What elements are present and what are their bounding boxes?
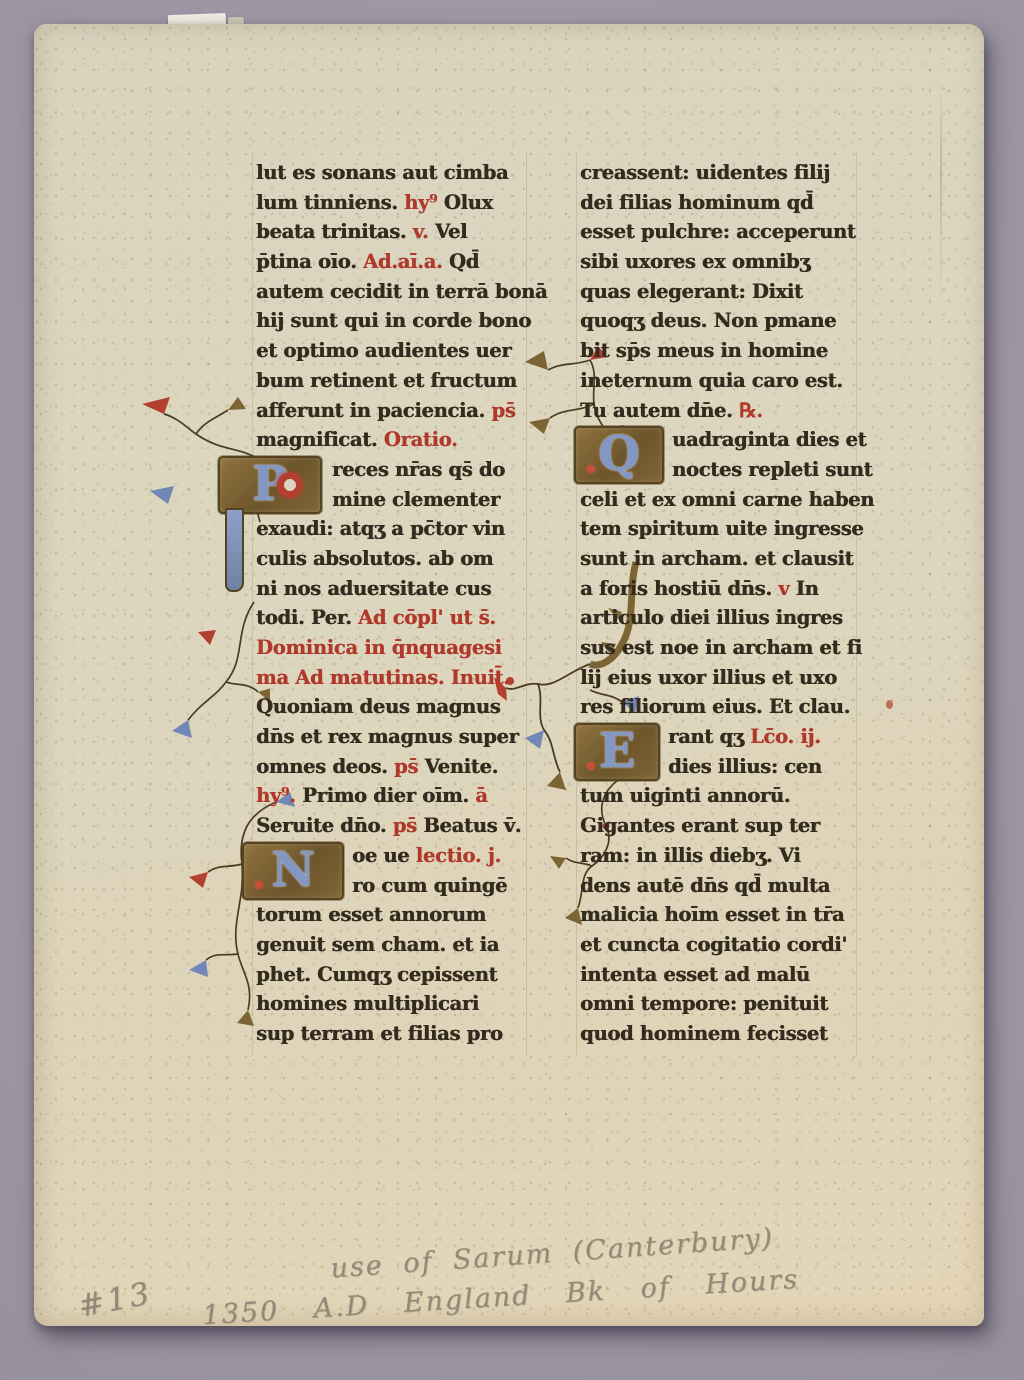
- body-text: intenta esset ad malū: [580, 963, 810, 986]
- illuminated-initial-p: P: [218, 456, 322, 514]
- body-text: ni nos aduersitate cus: [256, 577, 491, 600]
- vine-leaf-gold: [550, 856, 566, 869]
- body-text: todi. Per.: [256, 606, 358, 629]
- ruling-line: [252, 152, 253, 1056]
- body-text: dei filias hominum qd̄: [580, 191, 813, 214]
- body-text: autem cecidit in terrā bonā: [256, 280, 547, 303]
- body-text: hij sunt qui in corde bono: [256, 309, 531, 332]
- vine-leaf-gold: [529, 418, 550, 434]
- manuscript-text-line: et cuncta cogitatio cordi': [580, 930, 858, 960]
- manuscript-text-line: dei filias hominum qd̄: [580, 188, 858, 218]
- manuscript-text-line: p̄tina oīo. Ad.aī.a. Qd̄: [256, 247, 524, 277]
- rubric-text: ps̄: [394, 755, 425, 778]
- manuscript-text-line: omni tempore: penituit: [580, 989, 858, 1019]
- manuscript-text-line: quoqʒ deus. Non pmane: [580, 306, 858, 336]
- body-text: quas elegerant: Dixit: [580, 280, 803, 303]
- rubric-text: Oratio.: [384, 428, 458, 451]
- vine-leaf-blue: [172, 720, 192, 738]
- body-text: ram: in illis diebʒ. Vi: [580, 844, 800, 867]
- manuscript-text-line: lij eius uxor illius et uxo: [580, 663, 858, 693]
- vine-leaf-gold: [228, 397, 246, 410]
- manuscript-text-line: hy⁹. Primo dier oīm. ā: [256, 781, 524, 811]
- body-text: dens autē dn̄s qd̄ multa: [580, 874, 830, 897]
- manuscript-text-line: Noe ue lectio. j.: [256, 841, 524, 871]
- photo-mat: lut es sonans aut cimbalum tinniens. hy⁹…: [0, 0, 1024, 1380]
- manuscript-text-line: creassent: uidentes filij: [580, 158, 858, 188]
- manuscript-text-line: tum uiginti annorū.: [580, 781, 858, 811]
- rubric-text: lectio. j.: [416, 844, 501, 867]
- body-text: lum tinniens.: [256, 191, 404, 214]
- manuscript-text-line: genuit sem cham. et ia: [256, 930, 524, 960]
- body-text: ro cum quingē: [352, 874, 507, 897]
- body-text: noctes repleti sunt: [672, 458, 872, 481]
- manuscript-text-line: phet. Cumqʒ cepissent: [256, 960, 524, 990]
- rubric-text: ps̄: [491, 399, 515, 422]
- manuscript-text-line: esset pulchre: acceperunt: [580, 217, 858, 247]
- manuscript-text-line: sup terram et filias pro: [256, 1019, 524, 1049]
- ruling-line: [576, 152, 577, 1056]
- manuscript-text-line: bum retinent et fructum: [256, 366, 524, 396]
- body-text: Quoniam deus magnus: [256, 695, 500, 718]
- text-column-left: lut es sonans aut cimbalum tinniens. hy⁹…: [256, 158, 524, 1049]
- body-text: beata trinitas.: [256, 220, 413, 243]
- manuscript-text-line: sibi uxores ex omnibʒ: [580, 247, 858, 277]
- vine-leaf-gold: [525, 351, 548, 370]
- body-text: quod hominem fecisset: [580, 1022, 828, 1045]
- body-text: articulo diei illius ingres: [580, 606, 843, 629]
- body-text: phet. Cumqʒ cepissent: [256, 963, 497, 986]
- body-text: omni tempore: penituit: [580, 992, 828, 1015]
- manuscript-text-line: culis absolutos. ab om: [256, 544, 524, 574]
- illuminated-initial-n: N: [242, 842, 344, 900]
- manuscript-text-line: Quadraginta dies et: [580, 425, 858, 455]
- body-text: res filiorum eius. Et clau.: [580, 695, 850, 718]
- body-text: sus est noe in archam et fi: [580, 636, 862, 659]
- rubric-text: v.: [413, 220, 435, 243]
- body-text: sup terram et filias pro: [256, 1022, 503, 1045]
- manuscript-text-line: celi et ex omni carne haben: [580, 485, 858, 515]
- rubric-text: Lc̄o. ij.: [750, 725, 821, 748]
- rubric-text: Dominica in q̄nquagesi: [256, 636, 502, 659]
- body-text: homines multiplicari: [256, 992, 479, 1015]
- manuscript-text-line: sus est noe in archam et fi: [580, 633, 858, 663]
- manuscript-text-line: intenta esset ad malū: [580, 960, 858, 990]
- rubric-text: ā: [475, 784, 487, 807]
- body-text: Gigantes erant sup ter: [580, 814, 820, 837]
- manuscript-text-line: sunt in archam. et clausit: [580, 544, 858, 574]
- body-text: In: [796, 577, 819, 600]
- body-text: Seruite dn̄o.: [256, 814, 393, 837]
- body-text: dn̄s et rex magnus super: [256, 725, 518, 748]
- body-text: magnificat.: [256, 428, 384, 451]
- body-text: tem spiritum uite ingresse: [580, 517, 863, 540]
- body-text: celi et ex omni carne haben: [580, 488, 874, 511]
- body-text: malicia hoīm esset in tr̄a: [580, 903, 844, 926]
- manuscript-text-line: dn̄s et rex magnus super: [256, 722, 524, 752]
- body-text: Beatus v̄.: [423, 814, 521, 837]
- body-text: torum esset annorum: [256, 903, 486, 926]
- pencil-annotation-date: 1350 A.D England Bk of Hours: [202, 1264, 800, 1331]
- manuscript-text-line: autem cecidit in terrā bonā: [256, 277, 524, 307]
- manuscript-text-line: Dominica in q̄nquagesi: [256, 633, 524, 663]
- manuscript-text-line: bit sp̄s meus in homine: [580, 336, 858, 366]
- manuscript-text-line: dens autē dn̄s qd̄ multa: [580, 871, 858, 901]
- body-text: dies illius: cen: [668, 755, 822, 778]
- vine-leaf-gold: [547, 772, 566, 790]
- body-text: Primo dier oīm.: [302, 784, 475, 807]
- manuscript-text-line: lut es sonans aut cimba: [256, 158, 524, 188]
- manuscript-text-line: ni nos aduersitate cus: [256, 574, 524, 604]
- rubric-text: ℞.: [739, 399, 763, 422]
- manuscript-text-line: Gigantes erant sup ter: [580, 811, 858, 841]
- manuscript-text-line: torum esset annorum: [256, 900, 524, 930]
- body-text: esset pulchre: acceperunt: [580, 220, 855, 243]
- manuscript-text-line: Seruite dn̄o. ps̄ Beatus v̄.: [256, 811, 524, 841]
- manuscript-text-line: articulo diei illius ingres: [580, 603, 858, 633]
- manuscript-text-line: omnes deos. ps̄ Venite.: [256, 752, 524, 782]
- manuscript-text-line: ram: in illis diebʒ. Vi: [580, 841, 858, 871]
- rubric-text: ps̄: [393, 814, 424, 837]
- manuscript-text-line: tem spiritum uite ingresse: [580, 514, 858, 544]
- body-text: p̄tina oīo.: [256, 250, 363, 273]
- body-text: Olux: [444, 191, 493, 214]
- body-text: creassent: uidentes filij: [580, 161, 830, 184]
- manuscript-text-line: quas elegerant: Dixit: [580, 277, 858, 307]
- manuscript-text-line: malicia hoīm esset in tr̄a: [580, 900, 858, 930]
- red-paint-speck: [886, 700, 893, 709]
- body-text: tum uiginti annorū.: [580, 784, 790, 807]
- rubric-text: v: [778, 577, 796, 600]
- body-text: rant qʒ: [668, 725, 750, 748]
- manuscript-text-line: magnificat. Oratio.: [256, 425, 524, 455]
- rubric-text: hy⁹: [404, 191, 444, 214]
- body-text: et optimo audientes uer: [256, 339, 511, 362]
- manuscript-text-line: todi. Per. Ad cōpl' ut s̄.: [256, 603, 524, 633]
- body-text: lut es sonans aut cimba: [256, 161, 508, 184]
- body-text: Qd̄: [449, 250, 479, 273]
- vine-leaf-blue: [189, 960, 208, 977]
- body-text: culis absolutos. ab om: [256, 547, 493, 570]
- manuscript-leaf: lut es sonans aut cimbalum tinniens. hy⁹…: [34, 24, 984, 1326]
- manuscript-text-line: ma Ad matutinas. Inuit̄.: [256, 663, 524, 693]
- body-text: bit sp̄s meus in homine: [580, 339, 828, 362]
- body-text: sibi uxores ex omnibʒ: [580, 250, 810, 273]
- body-text: Venite.: [425, 755, 498, 778]
- manuscript-text-line: beata trinitas. v. Vel: [256, 217, 524, 247]
- illuminated-initial-e: E: [574, 723, 660, 781]
- parchment-crease: [940, 82, 942, 302]
- manuscript-text-line: hij sunt qui in corde bono: [256, 306, 524, 336]
- rubric-text: Ad.aī.a.: [363, 250, 449, 273]
- manuscript-text-line: res filiorum eius. Et clau.: [580, 692, 858, 722]
- marginal-vine-left-upper: [138, 390, 270, 750]
- manuscript-text-line: a foris hostiū dn̄s. v In: [580, 574, 858, 604]
- manuscript-text-line: Erant qʒ Lc̄o. ij.: [580, 722, 858, 752]
- vine-leaf-blue: [150, 486, 174, 504]
- manuscript-text-line: Tu autem dn̄e. ℞.: [580, 396, 858, 426]
- body-text: et cuncta cogitatio cordi': [580, 933, 847, 956]
- body-text: exaudi: atqʒ a pc̄tor vin: [256, 517, 505, 540]
- manuscript-text-line: homines multiplicari: [256, 989, 524, 1019]
- manuscript-text-line: lum tinniens. hy⁹ Olux: [256, 188, 524, 218]
- vine-leaf-red: [142, 397, 170, 414]
- manuscript-text-line: ineternum quia caro est.: [580, 366, 858, 396]
- body-text: Tu autem dn̄e.: [580, 399, 739, 422]
- body-text: reces nr̄as qs̄ do: [332, 458, 505, 481]
- text-column-right: creassent: uidentes filijdei filias homi…: [580, 158, 858, 1049]
- pencil-annotation-number: #13: [75, 1275, 155, 1325]
- body-text: genuit sem cham. et ia: [256, 933, 499, 956]
- body-text: quoqʒ deus. Non pmane: [580, 309, 836, 332]
- vine-leaf-red: [198, 630, 216, 645]
- body-text: ineternum quia caro est.: [580, 369, 843, 392]
- rubric-text: hy⁹.: [256, 784, 302, 807]
- manuscript-text-line: Preces nr̄as qs̄ do: [256, 455, 524, 485]
- vine-leaf-red: [189, 872, 208, 888]
- body-text: lij eius uxor illius et uxo: [580, 666, 837, 689]
- rubric-text: ma Ad matutinas. Inuit̄.: [256, 666, 510, 689]
- manuscript-text-line: Quoniam deus magnus: [256, 692, 524, 722]
- body-text: sunt in archam. et clausit: [580, 547, 853, 570]
- body-text: oe ue: [352, 844, 416, 867]
- rubric-text: Ad cōpl' ut s̄.: [358, 606, 496, 629]
- vine-leaf-blue: [525, 730, 544, 749]
- body-text: bum retinent et fructum: [256, 369, 517, 392]
- illuminated-initial-q: Q: [574, 426, 664, 484]
- body-text: a foris hostiū dn̄s.: [580, 577, 778, 600]
- manuscript-text-line: et optimo audientes uer: [256, 336, 524, 366]
- manuscript-text-line: quod hominem fecisset: [580, 1019, 858, 1049]
- body-text: omnes deos.: [256, 755, 394, 778]
- body-text: uadraginta dies et: [672, 428, 866, 451]
- manuscript-text-line: afferunt in paciencia. ps̄: [256, 396, 524, 426]
- body-text: mine clementer: [332, 488, 500, 511]
- body-text: afferunt in paciencia.: [256, 399, 491, 422]
- body-text: Vel: [435, 220, 467, 243]
- manuscript-text-line: exaudi: atqʒ a pc̄tor vin: [256, 514, 524, 544]
